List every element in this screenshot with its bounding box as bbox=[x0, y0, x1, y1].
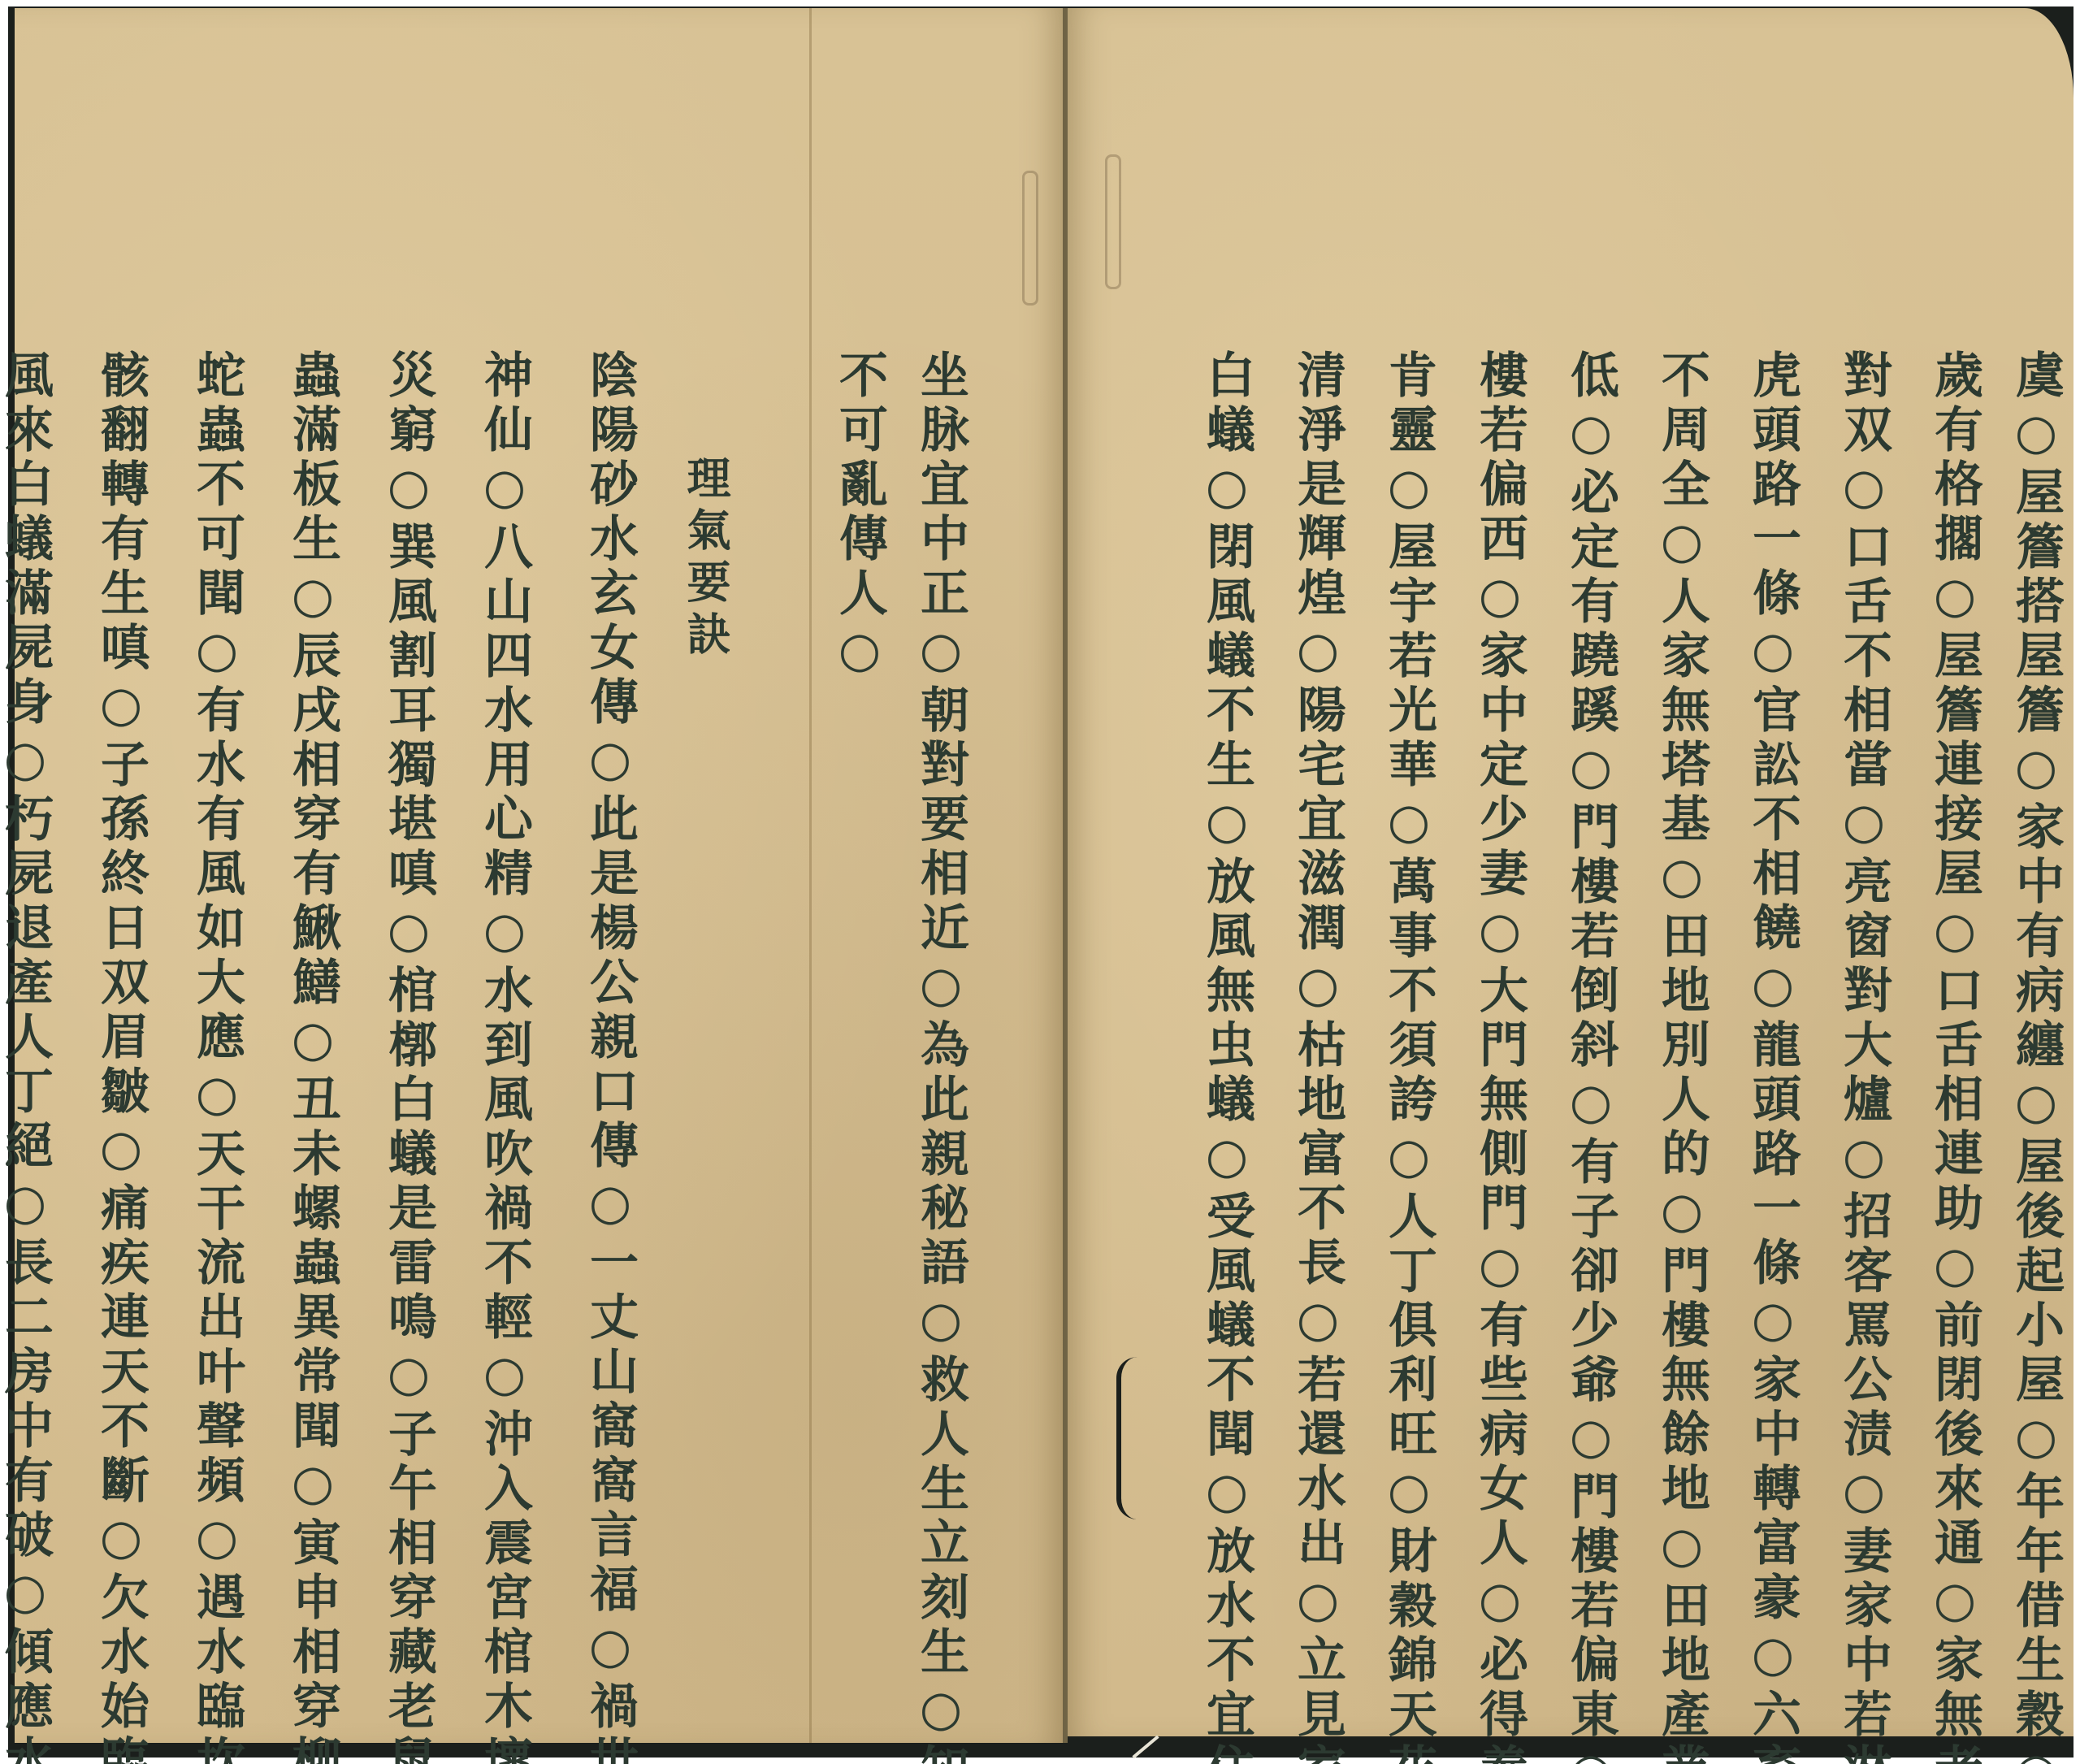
stain-mark bbox=[1105, 154, 1121, 289]
text-column: 虞○屋簷搭屋簷○家中有病纏○屋後起小屋○年年借生穀○屋下起小屋○歲 bbox=[2012, 349, 2060, 1688]
book-spread: 坐脉宜中正○朝對要相近○為此親秘語○救人生立刻生○知得將來事○ 不可亂傳人○ 理… bbox=[8, 7, 2073, 1757]
text-column: 陰陽砂水玄女傳○此是楊公親口傳○一丈山窩窩言福○禍世人知得是 bbox=[586, 349, 635, 1694]
text-column: 樓若偏西○家中定少妻○大門無側門○有些病女人○必得養身病○服藥怎 bbox=[1475, 349, 1524, 1688]
text-column: 低○必定有蹺蹊○門樓若倒斜○有子卻少爺○門樓若偏東○家中少丈人○門 bbox=[1566, 349, 1615, 1688]
text-column: 歲有格擱○屋簷連接屋○口舌相連助○前閉後來通○家無老公○公亮窗双 bbox=[1930, 349, 1979, 1688]
section-heading: 理氣要訣 bbox=[675, 455, 738, 1694]
text-column: 坐脉宜中正○朝對要相近○為此親秘語○救人生立刻生○知得將來事○ bbox=[916, 349, 965, 1694]
text-column: 蛇蟲不可聞○有水有風如大應○天干流出叶聲頻○遇水臨坎禍不輕○屍 bbox=[193, 349, 241, 1694]
left-text-columns: 坐脉宜中正○朝對要相近○為此親秘語○救人生立刻生○知得將來事○ 不可亂傳人○ 理… bbox=[63, 349, 965, 1694]
text-column: 風來白蟻滿屍身○朽屍退產人丁絕○長二房中有破○傾應水窩山屍必 bbox=[1, 349, 50, 1694]
text-column: 不可亂傳人○ bbox=[835, 349, 884, 1694]
text-column: 骸翻轉有生嗔○子孫終日双眉皺○痛疾連天不斷○欠水始臨墳目不清○ bbox=[97, 349, 145, 1694]
text-column: 不周全○人家無塔基○田地別人的○門樓無餘地○田地產業稀○門樓若是 bbox=[1657, 349, 1706, 1688]
page-tear bbox=[1116, 1357, 1137, 1519]
text-column: 白蟻○閉風蟻不生○放風無虫蟻○受風蟻不聞○放水不宜住○砂飛不可親○ bbox=[1202, 349, 1251, 1688]
text-column: 虎頭路一條○官訟不相饒○龍頭路一條○家中轉富豪○六畜無方位○必定 bbox=[1748, 349, 1797, 1688]
right-page: 虞○屋簷搭屋簷○家中有病纏○屋後起小屋○年年借生穀○屋下起小屋○歲 歲有格擱○屋… bbox=[1068, 8, 2073, 1736]
text-column: 災窮○巽風割耳獨堪嗔○棺槨白蟻是雷鳴○子午相穿藏老鼠○卯酉相飛 bbox=[384, 349, 433, 1694]
text-column: 神仙○八山四水用心精○水到風吹禍不輕○沖入震宮棺木壞○二三兩房受 bbox=[480, 349, 529, 1694]
text-column: 清淨是輝煌○陽宅宜滋潤○枯地富不長○若還水出○立見家資退○乘風生 bbox=[1293, 349, 1342, 1688]
text-column: 肯靈○屋宇若光華○萬事不須誇○人丁俱利旺○財穀錦天花○屋宇宜清淨○ bbox=[1384, 349, 1433, 1688]
binding-thread bbox=[1132, 1736, 1159, 1759]
text-column: 蟲滿板生○辰戌相穿有鰍鱔○丑未螺蟲異常聞○寅申相穿柳根穿○巳亥 bbox=[288, 349, 337, 1694]
left-page: 坐脉宜中正○朝對要相近○為此親秘語○救人生立刻生○知得將來事○ 不可亂傳人○ 理… bbox=[15, 8, 1068, 1743]
right-text-columns: 虞○屋簷搭屋簷○家中有病纏○屋後起小屋○年年借生穀○屋下起小屋○歲 歲有格擱○屋… bbox=[1100, 349, 2060, 1688]
stain-mark bbox=[1022, 171, 1038, 306]
text-column: 對双○口舌不相當○亮窗對大爐○招客罵公渍○妻家中若淋侵○必有衣食分○ bbox=[1839, 349, 1888, 1688]
